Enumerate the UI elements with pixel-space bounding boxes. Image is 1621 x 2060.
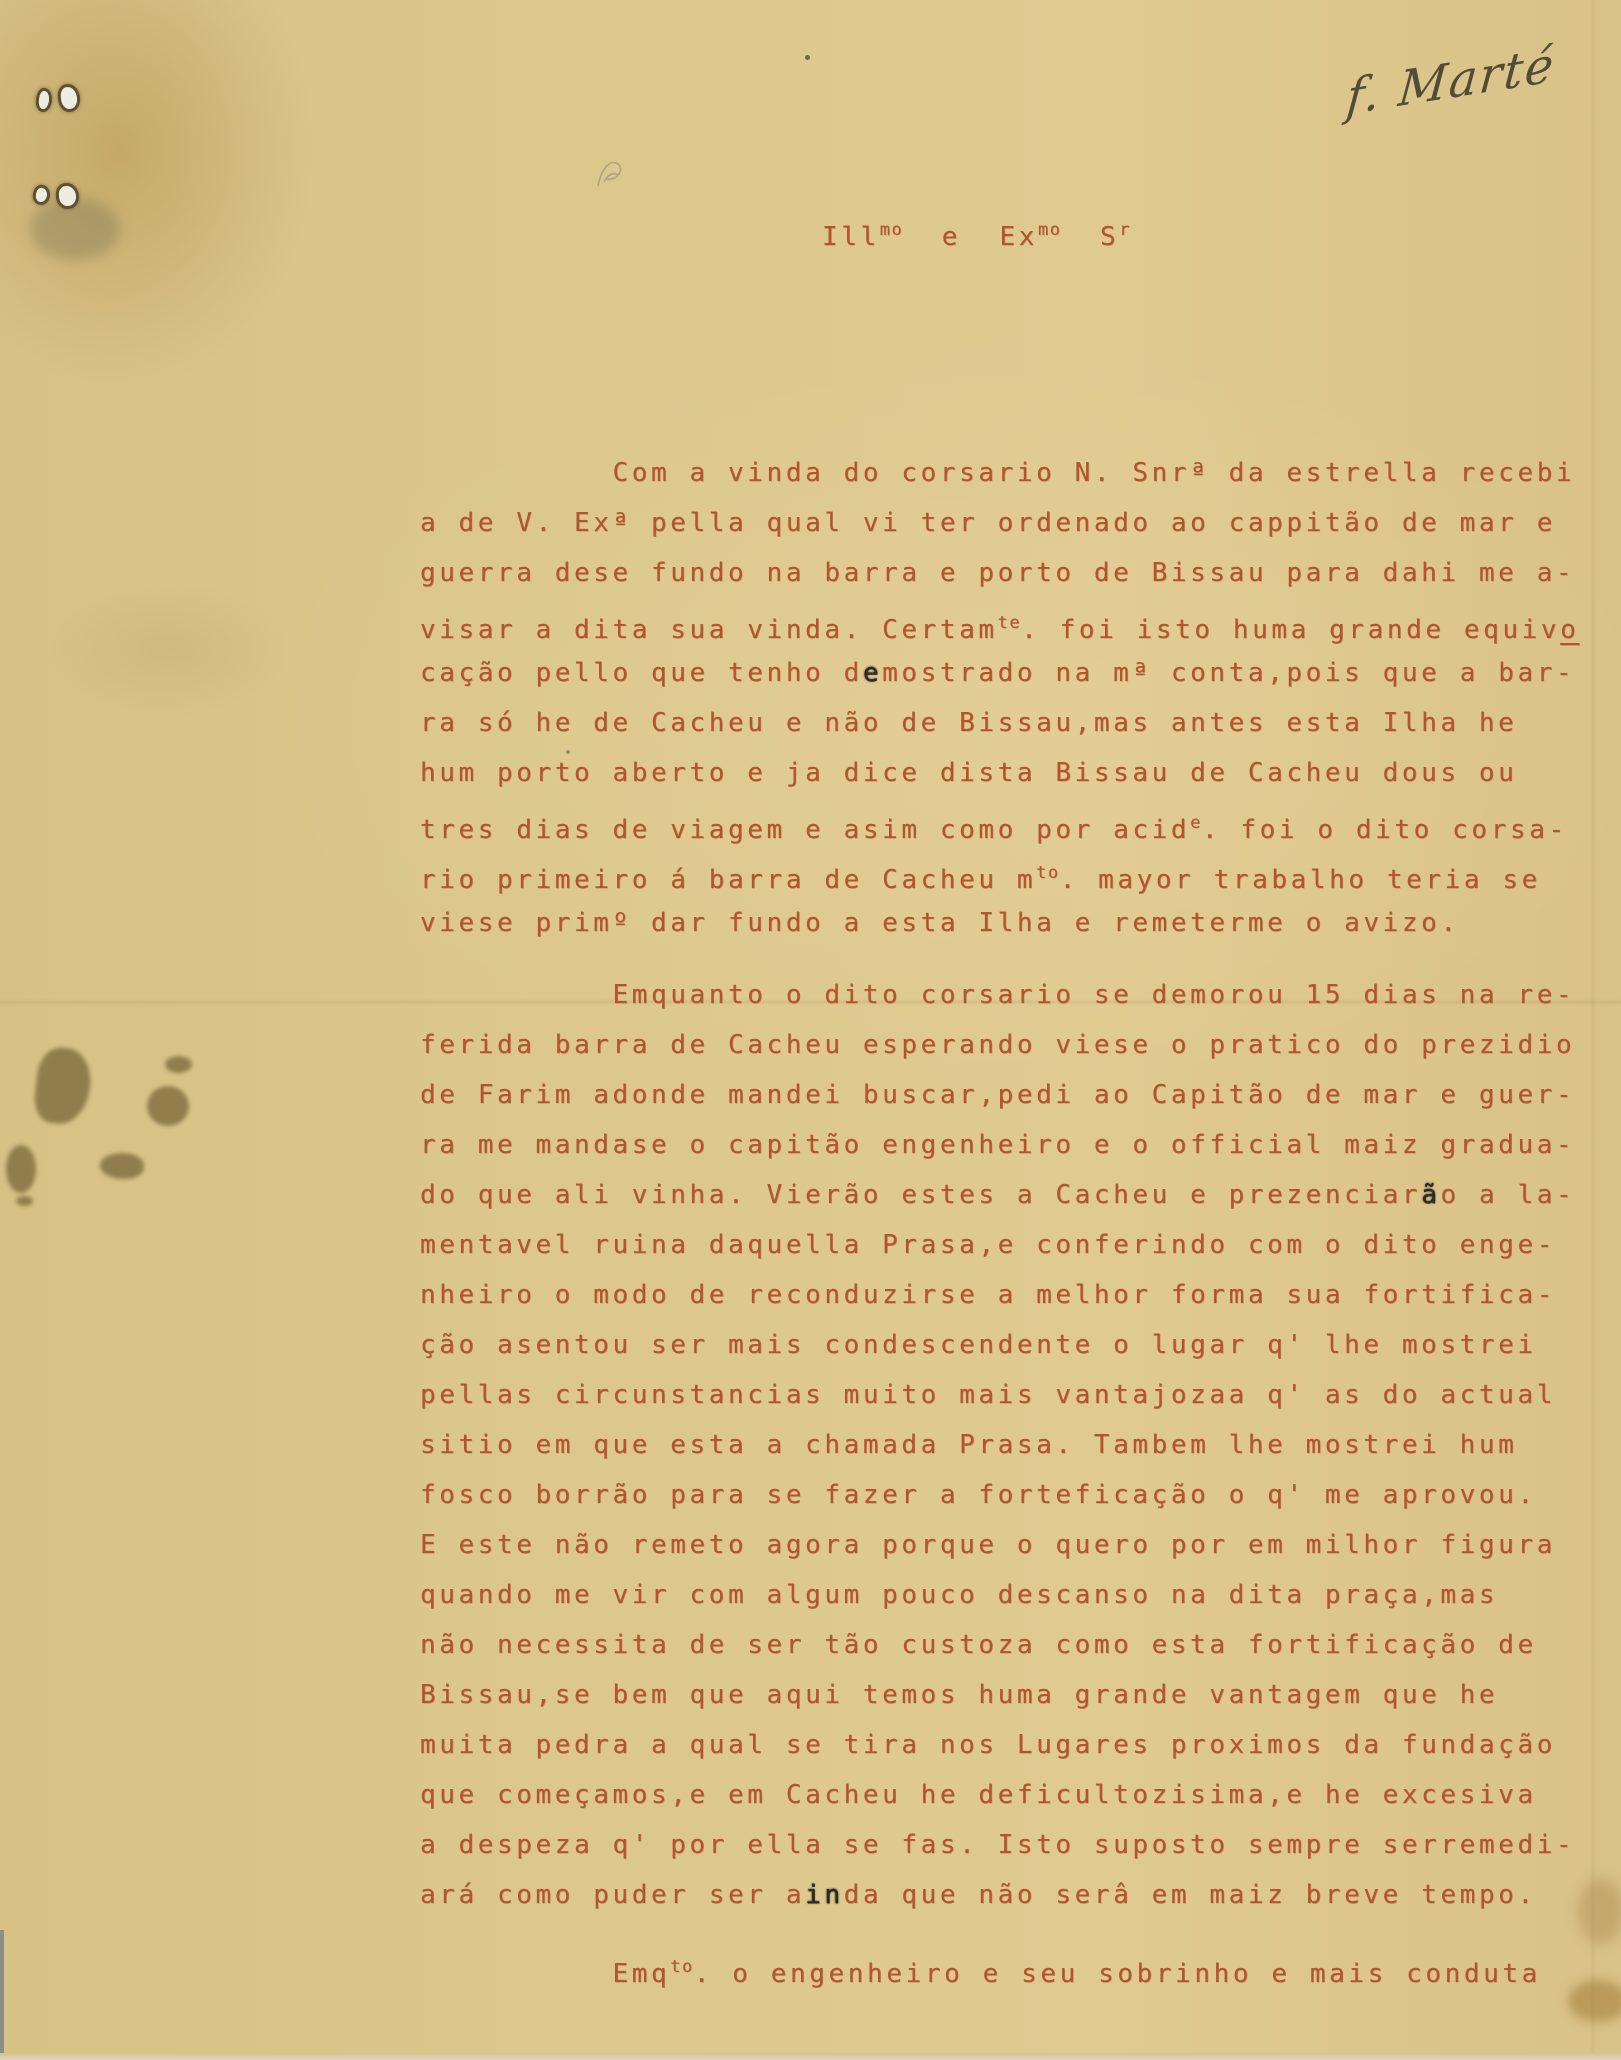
text-line: mentavel ruina daquella Prasa,e conferin… (420, 1220, 1605, 1270)
text-line: muita pedra a qual se tira nos Lugares p… (420, 1720, 1605, 1770)
letter-salutation: Illmo e Exmo Sr (822, 220, 1131, 252)
text-line: quando me vir com algum pouco descanso n… (420, 1570, 1605, 1620)
text-line: não necessita de ser tão custoza como es… (420, 1620, 1605, 1670)
ink-blot (165, 1056, 192, 1073)
text-line: a de V. Exª pella qual vi ter ordenado a… (420, 498, 1605, 548)
paper-smudge (30, 198, 120, 260)
letter-body: Com a vinda do corsario N. Snrª da estre… (420, 448, 1605, 2014)
text-line: sitio em que esta a chamada Prasa. Tambe… (420, 1420, 1605, 1470)
scan-edge-bottom (0, 2053, 1621, 2060)
ink-blot (6, 1145, 36, 1193)
text-line: viese primº dar fundo a esta Ilha e reme… (420, 898, 1605, 948)
text-line: nheiro o modo de reconduzirse a melhor f… (420, 1270, 1605, 1320)
pencil-mark (592, 152, 628, 194)
scanned-letter-page: f. Marté Illmo e Exmo Sr Com a vinda do … (0, 0, 1621, 2060)
text-line: hum porto aberto e ja dice dista Bissau … (420, 748, 1605, 798)
text-line: guerra dese fundo na barra e porto de Bi… (420, 548, 1605, 598)
paragraph: Com a vinda do corsario N. Snrª da estre… (420, 448, 1605, 948)
text-line: ará como puder ser ainda que não serâ em… (420, 1870, 1605, 1920)
punch-hole (34, 87, 53, 113)
text-line: ferida barra de Cacheu esperando viese o… (420, 1020, 1605, 1070)
text-line: cação pello que tenho demostrado na mª c… (420, 648, 1605, 698)
handwritten-signature: f. Marté (1344, 25, 1621, 126)
text-line: ra só he de Cacheu e não de Bissau,mas a… (420, 698, 1605, 748)
text-line: que começamos,e em Cacheu he deficultozi… (420, 1770, 1605, 1820)
ink-blot (32, 1045, 94, 1126)
ink-blot (16, 1196, 33, 1206)
text-line: do que ali vinha. Vierão estes a Cacheu … (420, 1170, 1605, 1220)
scan-edge-left (0, 1930, 4, 2060)
paragraph: Emquanto o dito corsario se demorou 15 d… (420, 970, 1605, 1920)
punch-hole (57, 83, 82, 113)
text-line: ra me mandase o capitão engenheiro e o o… (420, 1120, 1605, 1170)
text-line: visar a dita sua vinda. Certamte. foi is… (420, 598, 1605, 648)
text-line: rio primeiro á barra de Cacheu mto. mayo… (420, 848, 1605, 898)
text-line: Com a vinda do corsario N. Snrª da estre… (420, 448, 1605, 498)
text-line: pellas circunstancias muito mais vantajo… (420, 1370, 1605, 1420)
paper-fleck (805, 55, 810, 60)
text-line: fosco borrão para se fazer a forteficaçã… (420, 1470, 1605, 1520)
text-line: de Farim adonde mandei buscar,pedi ao Ca… (420, 1070, 1605, 1120)
text-line: Bissau,se bem que aqui temos huma grande… (420, 1670, 1605, 1720)
text-line: Emqto. o engenheiro e seu sobrinho e mai… (420, 1942, 1605, 1992)
text-line: tres dias de viagem e asim como por acid… (420, 798, 1605, 848)
ink-blot (100, 1153, 144, 1179)
text-line: Emquanto o dito corsario se demorou 15 d… (420, 970, 1605, 1020)
text-line: ção asentou ser mais condescendente o lu… (420, 1320, 1605, 1370)
ink-blot (147, 1086, 189, 1126)
text-line: E este não remeto agora porque o quero p… (420, 1520, 1605, 1570)
paragraph: Emqto. o engenheiro e seu sobrinho e mai… (420, 1942, 1605, 1992)
text-line: a despeza q' por ella se fas. Isto supos… (420, 1820, 1605, 1870)
